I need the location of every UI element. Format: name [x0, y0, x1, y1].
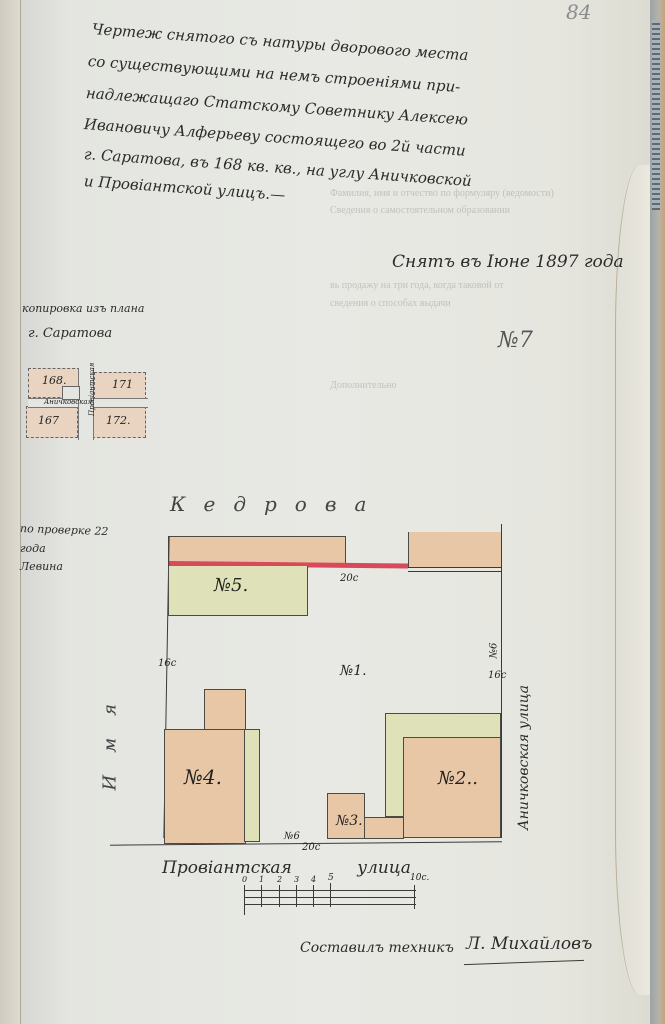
scale-tick: 3: [294, 875, 299, 884]
building-label: №2..: [438, 768, 478, 789]
dimension-right: 16с: [488, 670, 506, 681]
building-3-annex: [364, 817, 404, 839]
yard-strip: [244, 729, 260, 842]
scale-tick: 10с.: [410, 873, 429, 883]
scale-tick: 4: [311, 875, 316, 884]
scale-tick: 1: [259, 875, 264, 884]
street-label-right: Аничковская улица: [516, 685, 532, 830]
building-label: №1.: [340, 663, 367, 679]
signature-name: Л. Михайловъ: [466, 934, 592, 954]
dimension-left: 16с: [158, 658, 176, 669]
dimension-bottom: 20с: [302, 842, 320, 853]
neighbor-building-top-left: [168, 536, 346, 564]
building-4-annex: [204, 689, 246, 731]
scale-tick: 2: [277, 875, 282, 884]
plot-boundary-right: [501, 524, 502, 838]
scale-tick: 5: [328, 873, 334, 883]
dimension-marker: №6: [284, 831, 300, 842]
building-label: №3.: [336, 813, 363, 829]
neighbor-building-top-right: [408, 532, 502, 568]
boundary-line: [408, 571, 502, 572]
signature-label: Составилъ техникъ: [300, 940, 454, 956]
dimension-marker: №6: [488, 643, 499, 659]
dimension-top: 20с: [340, 573, 358, 584]
boundary-line: [408, 567, 502, 568]
building-label: №5.: [214, 575, 248, 596]
scale-bar: 0 1 2 3 4 5 10с.: [244, 875, 424, 915]
building-label: №4.: [184, 765, 222, 789]
scale-tick: 0: [242, 875, 247, 884]
